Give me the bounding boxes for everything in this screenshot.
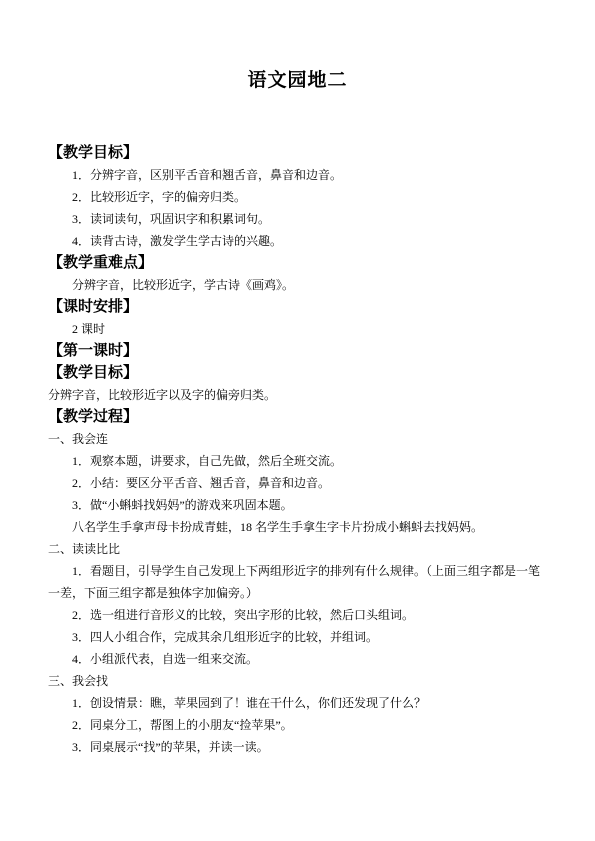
- document-page: 语文园地二 【教学目标】1．分辨字音，区别平舌音和翘舌音，鼻音和边音。2．比较形…: [0, 0, 595, 841]
- list-item: 3．做“小蝌蚪找妈妈”的游戏来巩固本题。: [48, 494, 547, 516]
- paragraph: 分辨字音，比较形近字，学古诗《画鸡》。: [48, 274, 547, 296]
- subsection-heading: 二、读读比比: [48, 538, 547, 560]
- list-item: 4．小组派代表，自选一组来交流。: [48, 648, 547, 670]
- list-item: 2．比较形近字，字的偏旁归类。: [48, 186, 547, 208]
- list-item: 3．读词读句，巩固识字和积累词句。: [48, 208, 547, 230]
- paragraph: 分辨字音，比较形近字以及字的偏旁归类。: [48, 384, 547, 406]
- list-item: 2．小结：要区分平舌音、翘舌音，鼻音和边音。: [48, 472, 547, 494]
- page-title: 语文园地二: [0, 68, 595, 94]
- list-item: 1．创设情景：瞧，苹果园到了！谁在干什么，你们还发现了什么？: [48, 692, 547, 714]
- list-item: 1．分辨字音，区别平舌音和翘舌音，鼻音和边音。: [48, 164, 547, 186]
- section-heading: 【教学目标】: [48, 362, 547, 384]
- section-heading: 【教学目标】: [48, 142, 547, 164]
- list-item: 1．看题目，引导学生自己发现上下两组形近字的排列有什么规律。（上面三组字都是一笔…: [48, 560, 547, 604]
- list-item: 3．同桌展示“找”的苹果，并读一读。: [48, 736, 547, 758]
- list-item: 2．选一组进行音形义的比较，突出字形的比较，然后口头组词。: [48, 604, 547, 626]
- section-heading: 【教学过程】: [48, 406, 547, 428]
- list-item: 4．读背古诗，激发学生学古诗的兴趣。: [48, 230, 547, 252]
- paragraph: 八名学生手拿声母卡扮成青蛙，18 名学生手拿生字卡片扮成小蝌蚪去找妈妈。: [48, 516, 547, 538]
- list-item: 2．同桌分工，帮图上的小朋友“捡苹果”。: [48, 714, 547, 736]
- subsection-heading: 三、我会找: [48, 670, 547, 692]
- paragraph: 2 课时: [48, 318, 547, 340]
- list-item: 3．四人小组合作，完成其余几组形近字的比较，并组词。: [48, 626, 547, 648]
- document-body: 【教学目标】1．分辨字音，区别平舌音和翘舌音，鼻音和边音。2．比较形近字，字的偏…: [48, 142, 547, 758]
- section-heading: 【第一课时】: [48, 340, 547, 362]
- subsection-heading: 一、我会连: [48, 428, 547, 450]
- section-heading: 【课时安排】: [48, 296, 547, 318]
- list-item: 1．观察本题，讲要求，自己先做，然后全班交流。: [48, 450, 547, 472]
- section-heading: 【教学重难点】: [48, 252, 547, 274]
